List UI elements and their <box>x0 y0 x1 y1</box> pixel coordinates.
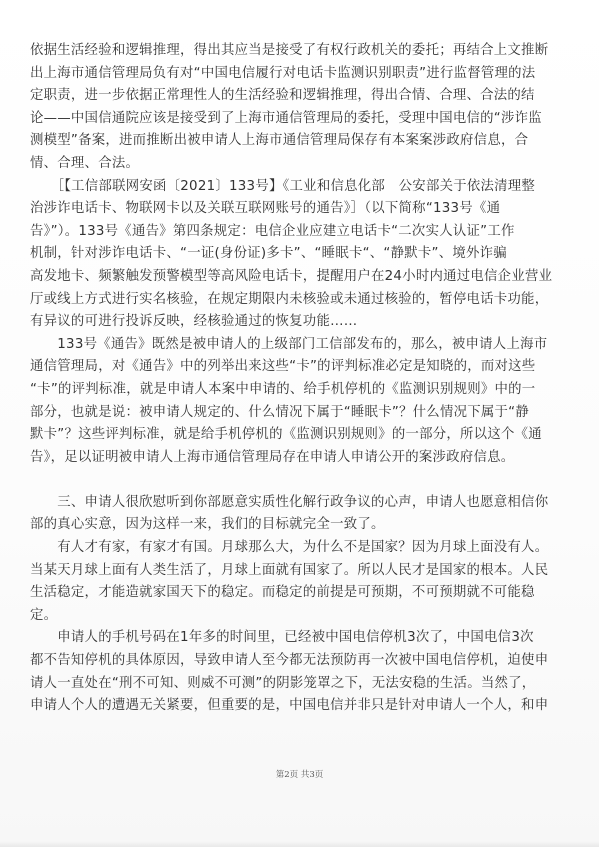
text-line: 告》，足以证明被申请人上海市通信管理局存在申请人申请公开的案涉政府信息。 <box>30 447 572 470</box>
text-line: 133号《通告》既然是被申请人的上级部门工信部发布的，那么，被申请人上海市 <box>30 334 572 357</box>
text-line: 部的真心实意，因为这样一来，我们的目标就完全一致了。 <box>30 514 572 537</box>
text-line: 有异议的可进行投诉反映，经核验通过的恢复功能…… <box>30 311 572 334</box>
text-line: 生活稳定，才能造就家国天下的稳定。而稳定的前提是可预期，不可预期就不可能稳 <box>30 582 572 605</box>
text-line: ［【工信部联网安函〔2021〕133号】《工业和信息化部 公安部关于依法清理整 <box>30 176 572 199</box>
text-line: 出上海市通信管理局负有对“中国电信履行对电话卡监测识别职责”进行监督管理的法 <box>30 63 572 86</box>
paragraph-gap <box>30 469 572 492</box>
text-line: 告》”）。133号《通告》第四条规定：电信企业应建立电话卡“二次实人认证”工作 <box>30 221 572 244</box>
text-line: 申请人的手机号码在1年多的时间里，已经被中国电信停机3次了，中国电信3次 <box>30 627 572 650</box>
text-line: 申请人个人的遭遇无关紧要，但重要的是，中国电信并非只是针对申请人一个人，和申 <box>30 695 572 718</box>
text-line: 治涉诈电话卡、物联网卡以及关联互联网账号的通告》］（以下简称“133号《通 <box>30 198 572 221</box>
text-line: 情、合理、合法。 <box>30 153 572 176</box>
page-number-footer: 第2页 共3页 <box>0 768 599 780</box>
text-line: 有人才有家，有家才有国。月球那么大，为什么不是国家？因为月球上面没有人。 <box>30 537 572 560</box>
scan-edge-shadow <box>0 841 599 847</box>
text-line: 依据生活经验和逻辑推理，得出其应当是接受了有权行政机关的委托；再结合上文推断 <box>30 40 572 63</box>
scanned-document-page: 依据生活经验和逻辑推理，得出其应当是接受了有权行政机关的委托；再结合上文推断出上… <box>0 0 599 847</box>
text-line: 高发地卡、频繁触发预警模型等高风险电话卡，提醒用户在24小时内通过电信企业营业 <box>30 266 572 289</box>
text-line: 厅或线上方式进行实名核验，在规定期限内未核验或未通过核验的，暂停电话卡功能， <box>30 289 572 312</box>
document-body: 依据生活经验和逻辑推理，得出其应当是接受了有权行政机关的委托；再结合上文推断出上… <box>30 40 572 718</box>
text-line: 论——中国信通院应该是接受到了上海市通信管理局的委托，受理中国电信的“涉诈监 <box>30 108 572 131</box>
text-line: 定职责，进一步依据正常理性人的生活经验和逻辑推理，得出合情、合理、合法的结 <box>30 85 572 108</box>
text-line: 默卡”？这些评判标准，就是给手机停机的《监测识别规则》的一部分，所以这个《通 <box>30 424 572 447</box>
text-line: 部分，也就是说：被申请人规定的、什么情况下属于“睡眠卡”？什么情况下属于“静 <box>30 402 572 425</box>
text-line: 定。 <box>30 605 572 628</box>
text-line: 都不告知停机的具体原因，导致申请人至今都无法预防再一次被中国电信停机，迫使申 <box>30 650 572 673</box>
text-line: 测模型”备案，进而推断出被申请人上海市通信管理局保存有本案案涉政府信息，合 <box>30 130 572 153</box>
text-line: 通信管理局，对《通告》中的列举出来这些“卡”的评判标准必定是知晓的，而对这些 <box>30 356 572 379</box>
text-line: “卡”的评判标准，就是申请人本案中申请的、给手机停机的《监测识别规则》中的一 <box>30 379 572 402</box>
text-line: 机制，针对涉诈电话卡、“一证(身份证)多卡”、“睡眠卡“、“静默卡”、境外诈骗 <box>30 243 572 266</box>
text-line: 请人一直处在“刑不可知、则威不可测”的阴影笼罩之下，无法安稳的生活。当然了， <box>30 673 572 696</box>
text-line: 当某天月球上面有人类生活了，月球上面就有国家了。所以人民才是国家的根本。人民 <box>30 560 572 583</box>
text-line: 三、申请人很欣慰听到你部愿意实质性化解行政争议的心声，申请人也愿意相信你 <box>30 492 572 515</box>
